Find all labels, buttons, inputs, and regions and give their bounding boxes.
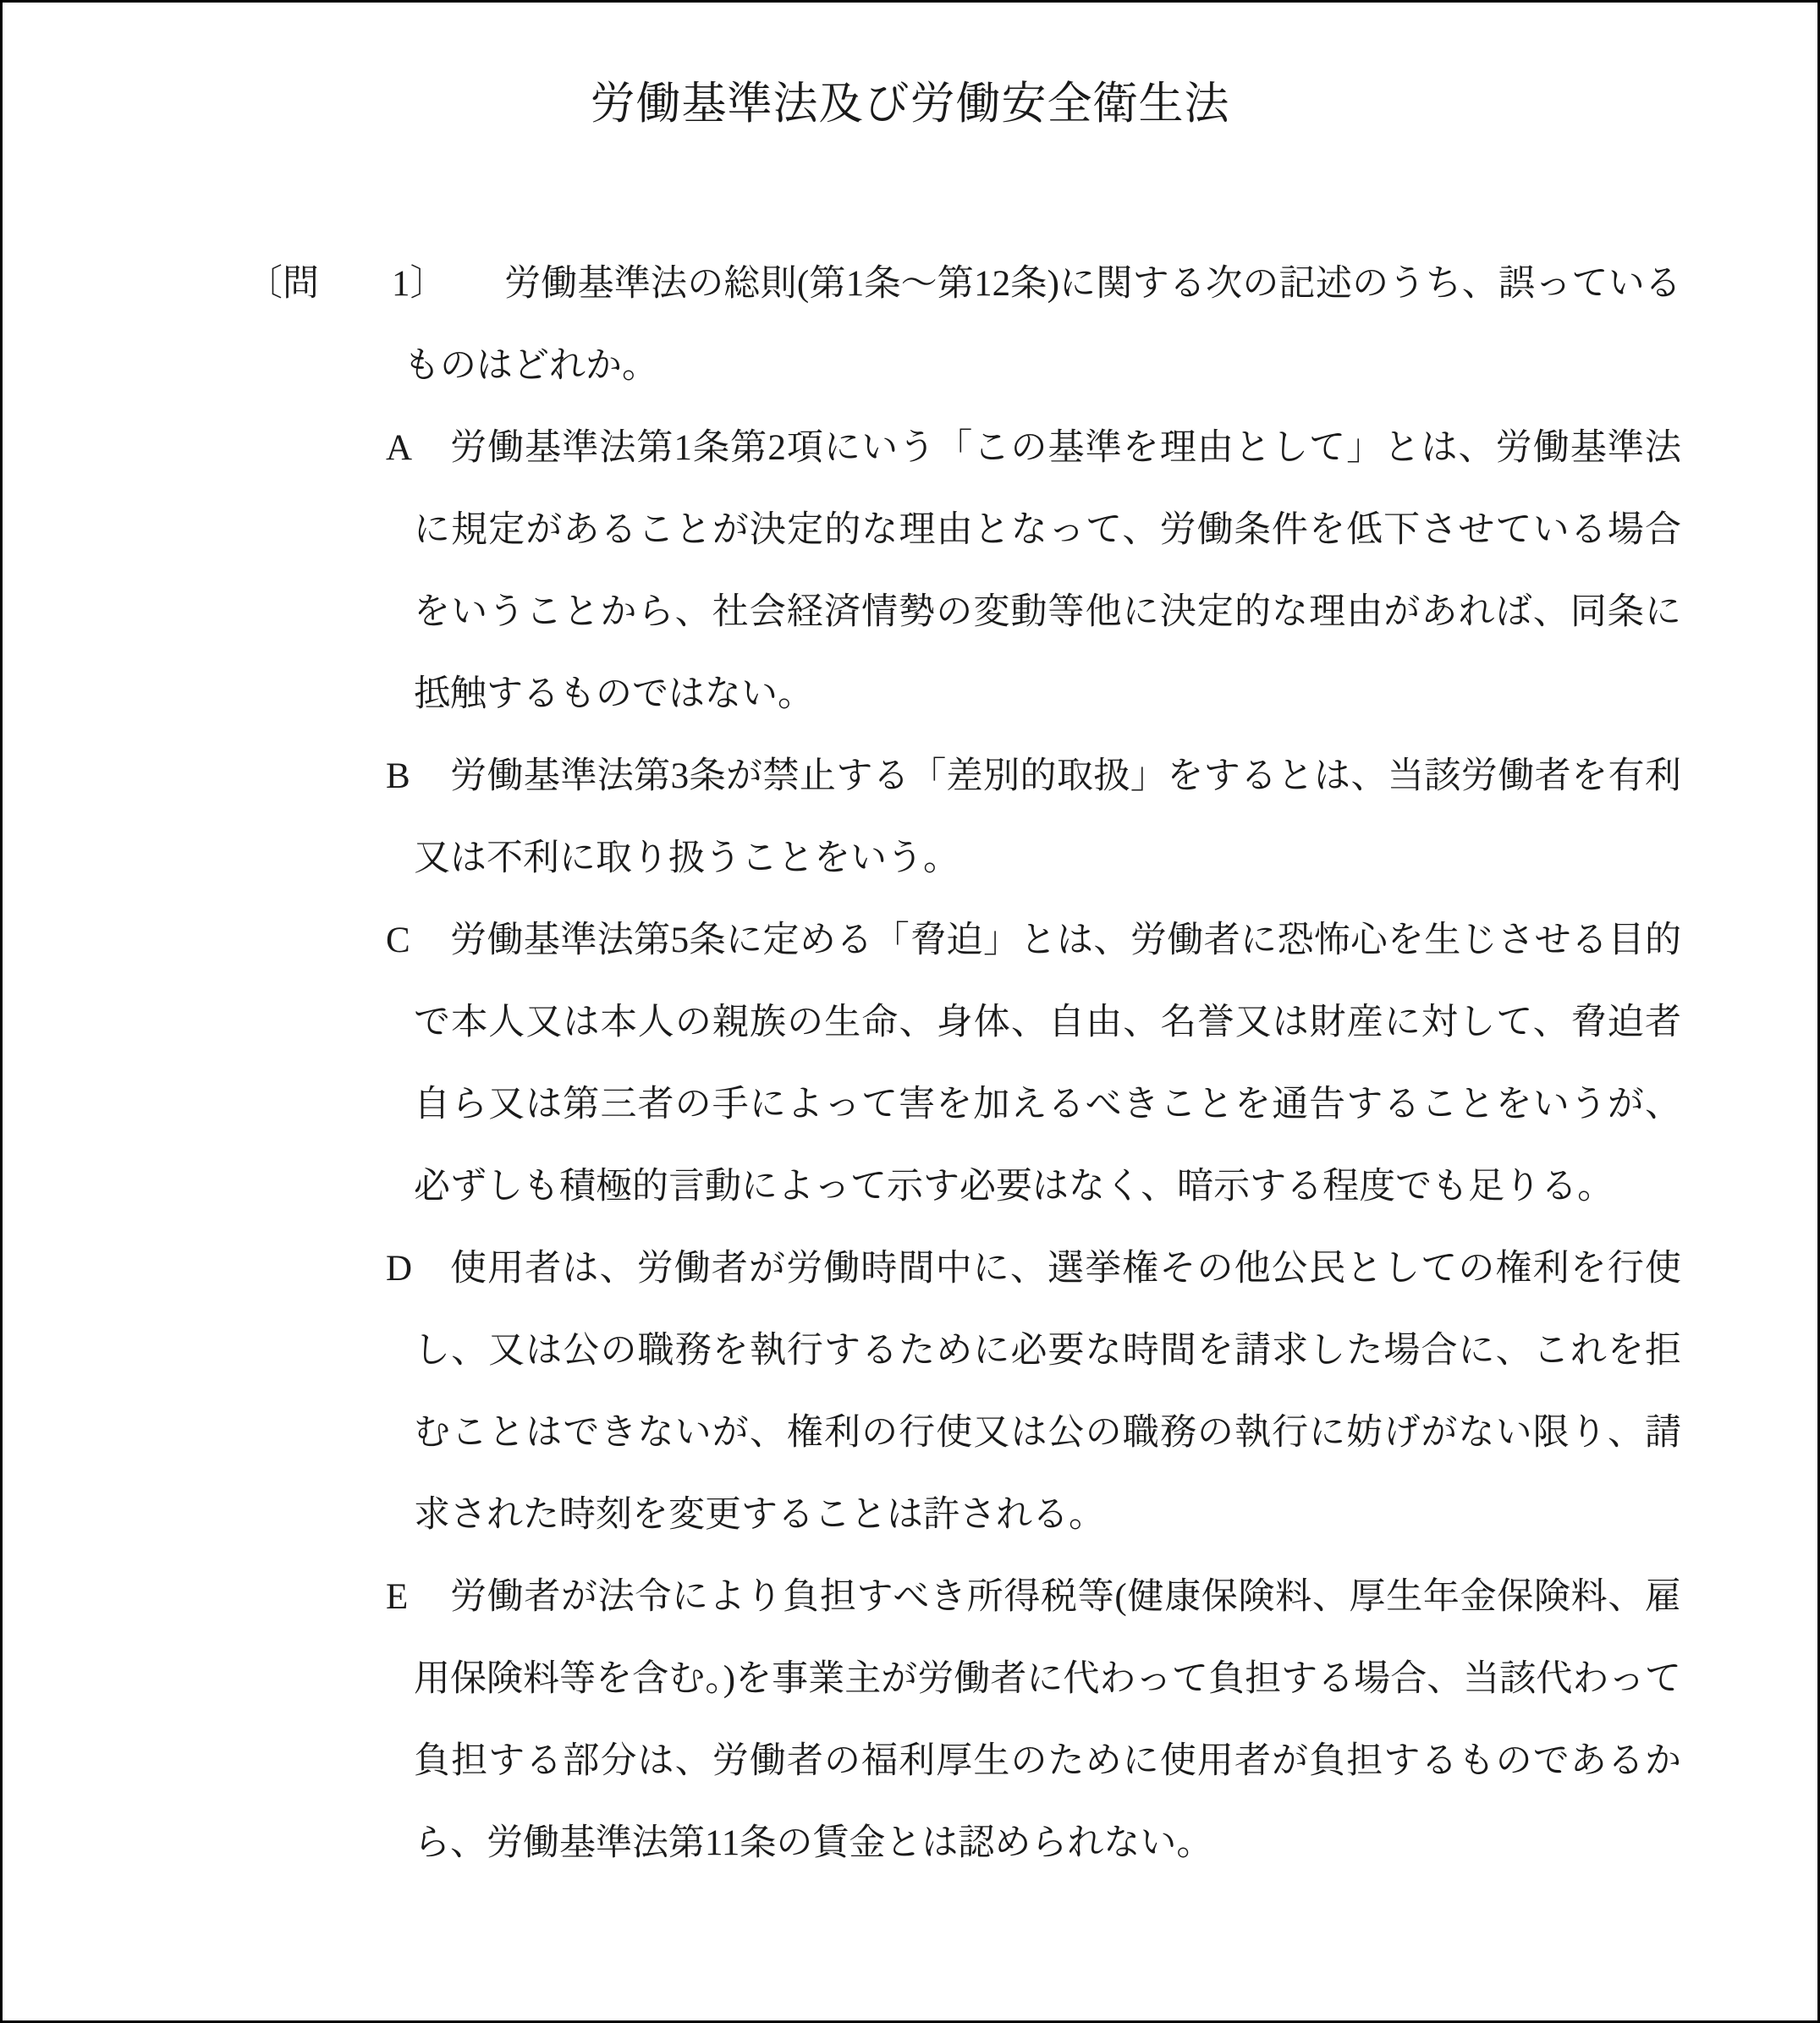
option-a-letter: A xyxy=(386,407,412,489)
option-d-text: 使用者は、労働者が労働時間中に、選挙権その他公民としての権利を行使し、又は公の職… xyxy=(3,1228,1817,1556)
option-d: D 使用者は、労働者が労働時間中に、選挙権その他公民としての権利を行使し、又は公… xyxy=(3,1228,1817,1556)
option-c: C 労働基準法第5条に定める「脅迫」とは、労働者に恐怖心を生じさせる目的で本人又… xyxy=(3,899,1817,1228)
option-c-letter: C xyxy=(386,899,410,981)
option-d-letter: D xyxy=(386,1228,412,1310)
option-b: B 労働基準法第3条が禁止する「差別的取扱」をするとは、当該労働者を有利又は不利… xyxy=(3,735,1817,899)
option-c-text: 労働基準法第5条に定める「脅迫」とは、労働者に恐怖心を生じさせる目的で本人又は本… xyxy=(3,899,1817,1228)
option-a: A 労働基準法第1条第2項にいう「この基準を理由として」とは、労働基準法に規定が… xyxy=(3,407,1817,735)
option-e: E 労働者が法令により負担すべき所得税等(健康保険料、厚生年金保険料、雇用保険料… xyxy=(3,1556,1817,1884)
option-e-letter: E xyxy=(386,1556,408,1638)
option-e-text: 労働者が法令により負担すべき所得税等(健康保険料、厚生年金保険料、雇用保険料等を… xyxy=(3,1556,1817,1884)
question-block: 〔問 1〕 労働基準法の総則(第1条～第12条)に関する次の記述のうち、誤ってい… xyxy=(3,243,1817,1884)
option-a-text: 労働基準法第1条第2項にいう「この基準を理由として」とは、労働基準法に規定がある… xyxy=(3,407,1817,735)
option-b-text: 労働基準法第3条が禁止する「差別的取扱」をするとは、当該労働者を有利又は不利に取… xyxy=(3,735,1817,899)
page-title: 労働基準法及び労働安全衛生法 xyxy=(3,62,1817,146)
question-label: 〔問 1〕 xyxy=(246,243,447,325)
document-page: 労働基準法及び労働安全衛生法 〔問 1〕 労働基準法の総則(第1条～第12条)に… xyxy=(0,0,1820,2023)
question-1: 〔問 1〕 労働基準法の総則(第1条～第12条)に関する次の記述のうち、誤ってい… xyxy=(3,243,1817,407)
option-b-letter: B xyxy=(386,735,410,817)
